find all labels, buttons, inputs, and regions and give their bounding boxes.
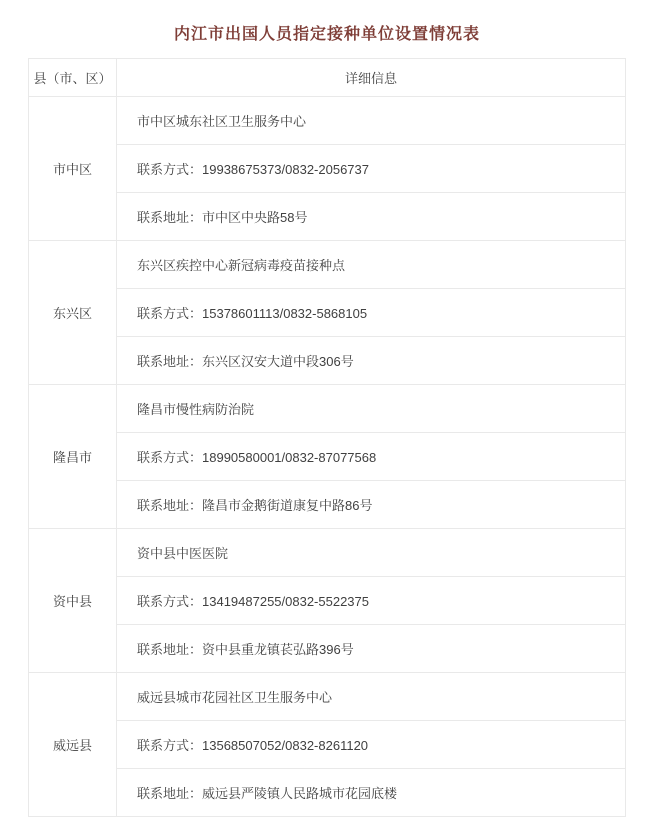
detail-cell: 东兴区疾控中心新冠病毒疫苗接种点 [117,241,626,289]
table-row: 联系地址：资中县重龙镇苌弘路396号 [29,625,626,673]
table-row: 联系地址：隆昌市金鹅街道康复中路86号 [29,481,626,529]
table-row: 资中县资中县中医医院 [29,529,626,577]
region-cell: 隆昌市 [29,385,117,529]
detail-cell: 联系地址：威远县严陵镇人民路城市花园底楼 [117,769,626,817]
region-cell: 东兴区 [29,241,117,385]
page-title: 内江市出国人员指定接种单位设置情况表 [0,0,654,58]
table-row: 联系方式：18990580001/0832-87077568 [29,433,626,481]
vaccination-units-table: 县（市、区） 详细信息 市中区市中区城东社区卫生服务中心联系方式：1993867… [28,58,626,817]
detail-cell: 联系方式：15378601113/0832-5868105 [117,289,626,337]
detail-cell: 联系地址：隆昌市金鹅街道康复中路86号 [117,481,626,529]
table-row: 市中区市中区城东社区卫生服务中心 [29,97,626,145]
page: 内江市出国人员指定接种单位设置情况表 县（市、区） 详细信息 市中区市中区城东社… [0,0,654,829]
detail-cell: 隆昌市慢性病防治院 [117,385,626,433]
detail-cell: 联系地址：东兴区汉安大道中段306号 [117,337,626,385]
region-cell: 资中县 [29,529,117,673]
detail-cell: 资中县中医医院 [117,529,626,577]
detail-cell: 联系方式：18990580001/0832-87077568 [117,433,626,481]
table-row: 联系方式：19938675373/0832-2056737 [29,145,626,193]
table-header: 县（市、区） 详细信息 [29,59,626,97]
header-region: 县（市、区） [29,59,117,97]
header-details: 详细信息 [117,59,626,97]
header-row: 县（市、区） 详细信息 [29,59,626,97]
table-row: 联系地址：东兴区汉安大道中段306号 [29,337,626,385]
detail-cell: 联系方式：19938675373/0832-2056737 [117,145,626,193]
table-row: 联系方式：13419487255/0832-5522375 [29,577,626,625]
region-cell: 威远县 [29,673,117,817]
table-body: 市中区市中区城东社区卫生服务中心联系方式：19938675373/0832-20… [29,97,626,817]
detail-cell: 威远县城市花园社区卫生服务中心 [117,673,626,721]
detail-cell: 联系方式：13419487255/0832-5522375 [117,577,626,625]
region-cell: 市中区 [29,97,117,241]
table-row: 联系地址：市中区中央路58号 [29,193,626,241]
table-row: 东兴区东兴区疾控中心新冠病毒疫苗接种点 [29,241,626,289]
table-row: 联系方式：13568507052/0832-8261120 [29,721,626,769]
table-row: 联系方式：15378601113/0832-5868105 [29,289,626,337]
detail-cell: 联系地址：资中县重龙镇苌弘路396号 [117,625,626,673]
detail-cell: 市中区城东社区卫生服务中心 [117,97,626,145]
table-row: 隆昌市隆昌市慢性病防治院 [29,385,626,433]
detail-cell: 联系地址：市中区中央路58号 [117,193,626,241]
table-row: 联系地址：威远县严陵镇人民路城市花园底楼 [29,769,626,817]
detail-cell: 联系方式：13568507052/0832-8261120 [117,721,626,769]
table-row: 威远县威远县城市花园社区卫生服务中心 [29,673,626,721]
